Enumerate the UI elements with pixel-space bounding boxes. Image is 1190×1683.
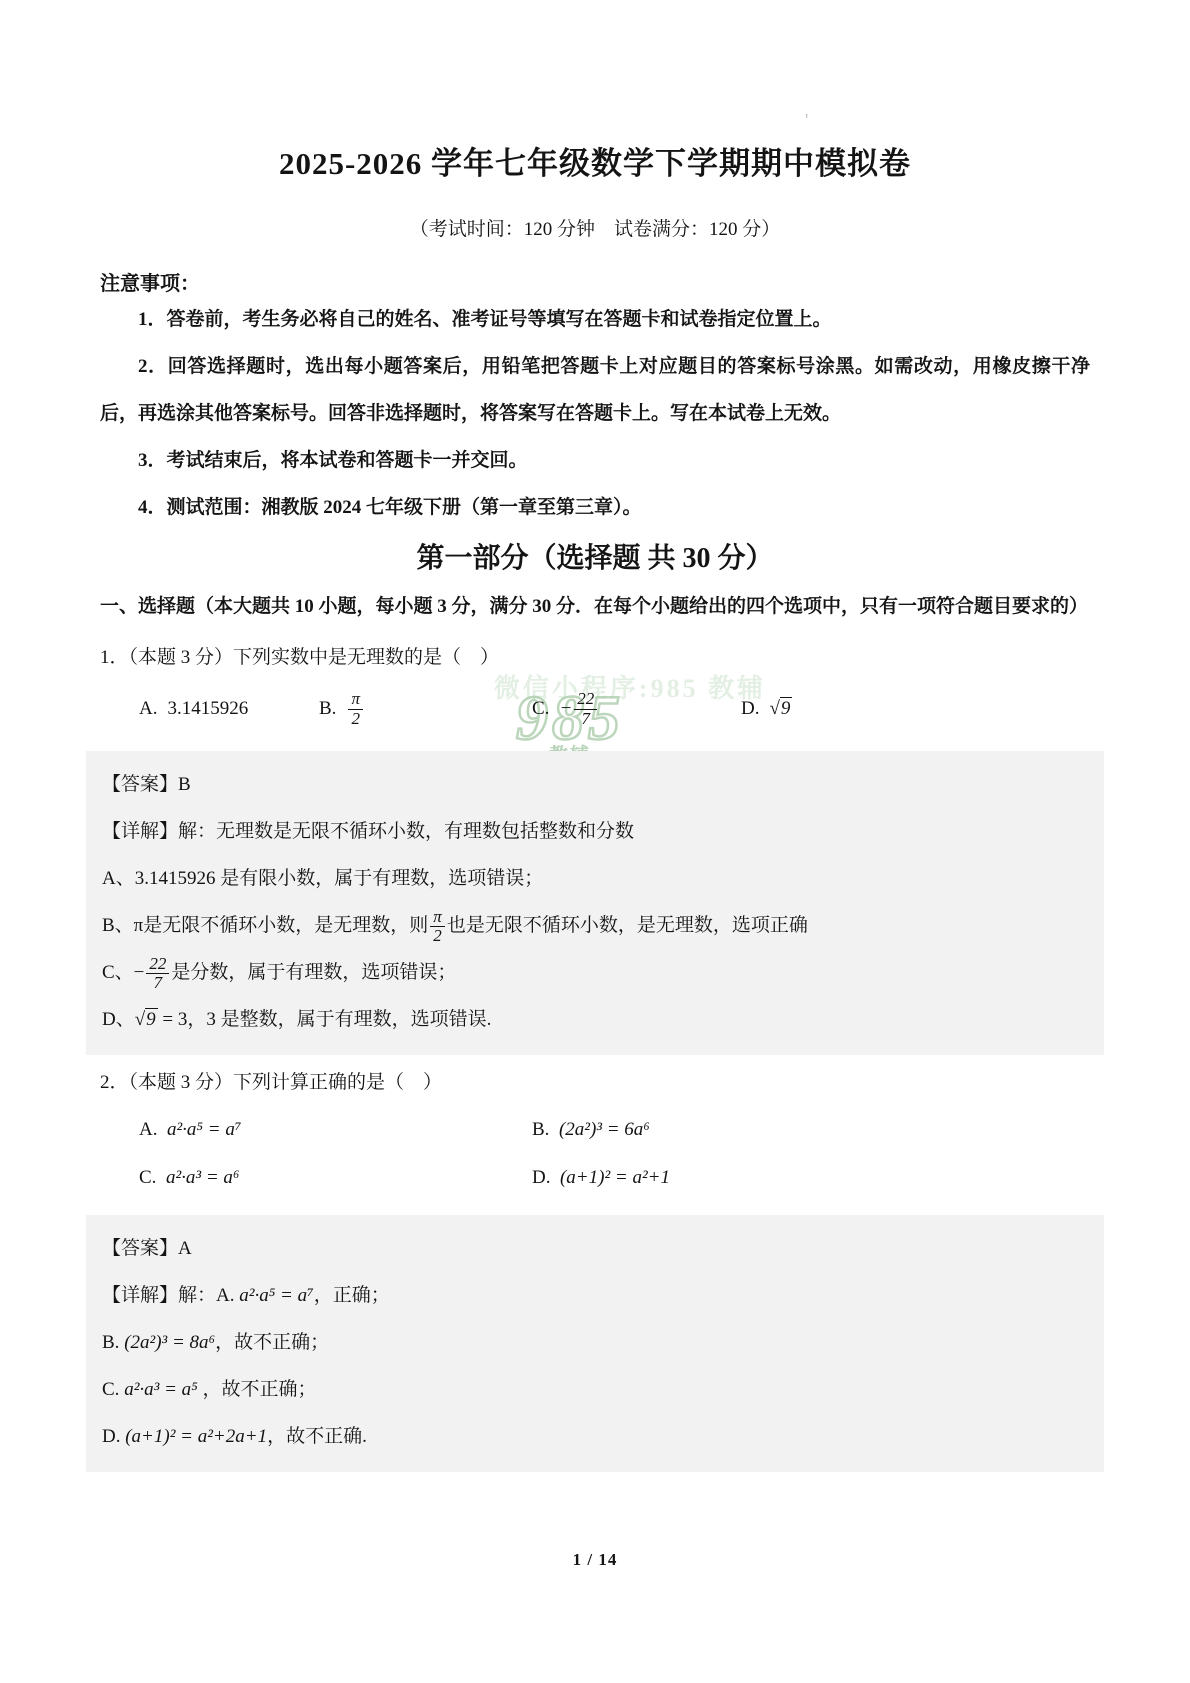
section-1-heading: 第一部分（选择题 共 30 分） [100, 537, 1090, 581]
q2-option-c-label: C. [139, 1167, 156, 1188]
question-2-stem: 2．（本题 3 分）下列计算正确的是（ ） [100, 1059, 1090, 1106]
q1-detail-b-fraction: π2 [430, 908, 445, 946]
q1-option-a: A. 3.1415926 [139, 698, 319, 720]
q2-answer-line: 【答案】A [102, 1225, 1088, 1272]
q2-answer-value: A [178, 1238, 192, 1259]
q1-option-a-label: A. [139, 698, 157, 720]
q1-option-c-fraction: 22 7 [574, 690, 597, 728]
notice-item-1: 1．答卷前，考生务必将自己的姓名、准考证号等填写在答题卡和试卷指定位置上。 [100, 296, 1090, 343]
q2-detail-line-b: B. (2a²)³ = 8a⁶，故不正确； [102, 1319, 1088, 1366]
q1-option-d-label: D. [741, 698, 759, 720]
q1-detail-intro-line: 【详解】解：无理数是无限不循环小数，有理数包括整数和分数 [102, 808, 1088, 855]
q1-option-a-value: 3.1415926 [167, 698, 248, 720]
q1-answer-line: 【答案】B [102, 761, 1088, 808]
exam-document-page: ᵗ 微信小程序:985 教辅 985 教辅 微信小程序:985 教辅 2025-… [0, 0, 1190, 1683]
q1-option-c: C. − 22 7 [532, 690, 741, 728]
q1-detail-c-fraction: 227 [146, 955, 169, 993]
q1-detail-line-b: B、π是无限不循环小数，是无理数，则π2也是无限不循环小数，是无理数，选项正确 [102, 902, 1088, 949]
q2-option-c-formula: a²·a³ = a⁶ [166, 1167, 240, 1188]
q2-detail-line-a: 【详解】解：A. a²·a⁵ = a⁷，正确； [102, 1272, 1088, 1319]
q1-option-d-sqrt: √9 [769, 698, 792, 720]
q2-option-b: B. (2a²)³ = 6a⁶ [532, 1106, 1090, 1153]
q1-detail-line-d: D、√9 = 3，3 是整数，属于有理数，选项错误. [102, 996, 1088, 1043]
detail-label: 【详解】 [102, 1285, 178, 1306]
exam-meta: （考试时间：120 分钟 试卷满分：120 分） [100, 214, 1090, 241]
answer-label: 【答案】 [102, 1238, 178, 1259]
document-content: 2025-2026 学年七年级数学下学期期中模拟卷 （考试时间：120 分钟 试… [0, 142, 1190, 1472]
q1-option-d: D. √9 [741, 698, 792, 720]
q1-option-c-label: C. [532, 698, 549, 720]
q1-answer-value: B [178, 774, 191, 795]
q2-detail-line-c: C. a²·a³ = a⁵ ，故不正确； [102, 1366, 1088, 1413]
q2-option-a-label: A. [139, 1119, 157, 1140]
page-number: 1 / 14 [0, 1550, 1190, 1570]
q1-option-b-fraction: π 2 [348, 690, 363, 728]
q2-option-d: D. (a+1)² = a²+1 [532, 1154, 1090, 1201]
notice-item-4: 4．测试范围：湘教版 2024 七年级下册（第一章至第三章）。 [100, 484, 1090, 531]
section-1-intro: 一、选择题（本大题共 10 小题，每小题 3 分，满分 30 分．在每个小题给出… [100, 583, 1090, 630]
q2-option-b-formula: (2a²)³ = 6a⁶ [559, 1119, 650, 1140]
q2-option-d-formula: (a+1)² = a²+1 [560, 1167, 670, 1188]
answer-box-q1: 【答案】B 【详解】解：无理数是无限不循环小数，有理数包括整数和分数 A、3.1… [86, 751, 1104, 1055]
q1-option-b-label: B. [319, 698, 336, 720]
q1-option-b: B. π 2 [319, 690, 532, 728]
notice-item-3: 3．考试结束后，将本试卷和答题卡一并交回。 [100, 437, 1090, 484]
detail-label: 【详解】 [102, 821, 178, 842]
answer-label: 【答案】 [102, 774, 178, 795]
q2-option-b-label: B. [532, 1119, 549, 1140]
q1-detail-d-sqrt: √9 [135, 996, 158, 1043]
q1-detail-line-a: A、3.1415926 是有限小数，属于有理数，选项错误； [102, 855, 1088, 902]
corner-speck: ᵗ [806, 112, 808, 123]
q2-option-c: C. a²·a³ = a⁶ [139, 1154, 532, 1201]
answer-box-q2: 【答案】A 【详解】解：A. a²·a⁵ = a⁷，正确； B. (2a²)³ … [86, 1215, 1104, 1472]
q2-detail-line-d: D. (a+1)² = a²+2a+1，故不正确. [102, 1413, 1088, 1460]
question-1-options: A. 3.1415926 B. π 2 C. − 22 7 D. [100, 681, 1090, 737]
q1-detail-line-c: C、−227是分数，属于有理数，选项错误； [102, 949, 1088, 996]
question-1-stem: 1．（本题 3 分）下列实数中是无理数的是（ ） [100, 634, 1090, 681]
notice-heading: 注意事项： [100, 267, 1090, 296]
notice-item-2: 2．回答选择题时，选出每小题答案后，用铅笔把答题卡上对应题目的答案标号涂黑。如需… [100, 343, 1090, 437]
question-2-options: A. a²·a⁵ = a⁷ B. (2a²)³ = 6a⁶ C. a²·a³ =… [100, 1106, 1090, 1201]
q2-option-a-formula: a²·a⁵ = a⁷ [167, 1119, 241, 1140]
q2-option-a: A. a²·a⁵ = a⁷ [139, 1106, 532, 1153]
q2-option-d-label: D. [532, 1167, 550, 1188]
q1-option-c-sign: − [559, 698, 572, 720]
page-title: 2025-2026 学年七年级数学下学期期中模拟卷 [100, 142, 1090, 186]
